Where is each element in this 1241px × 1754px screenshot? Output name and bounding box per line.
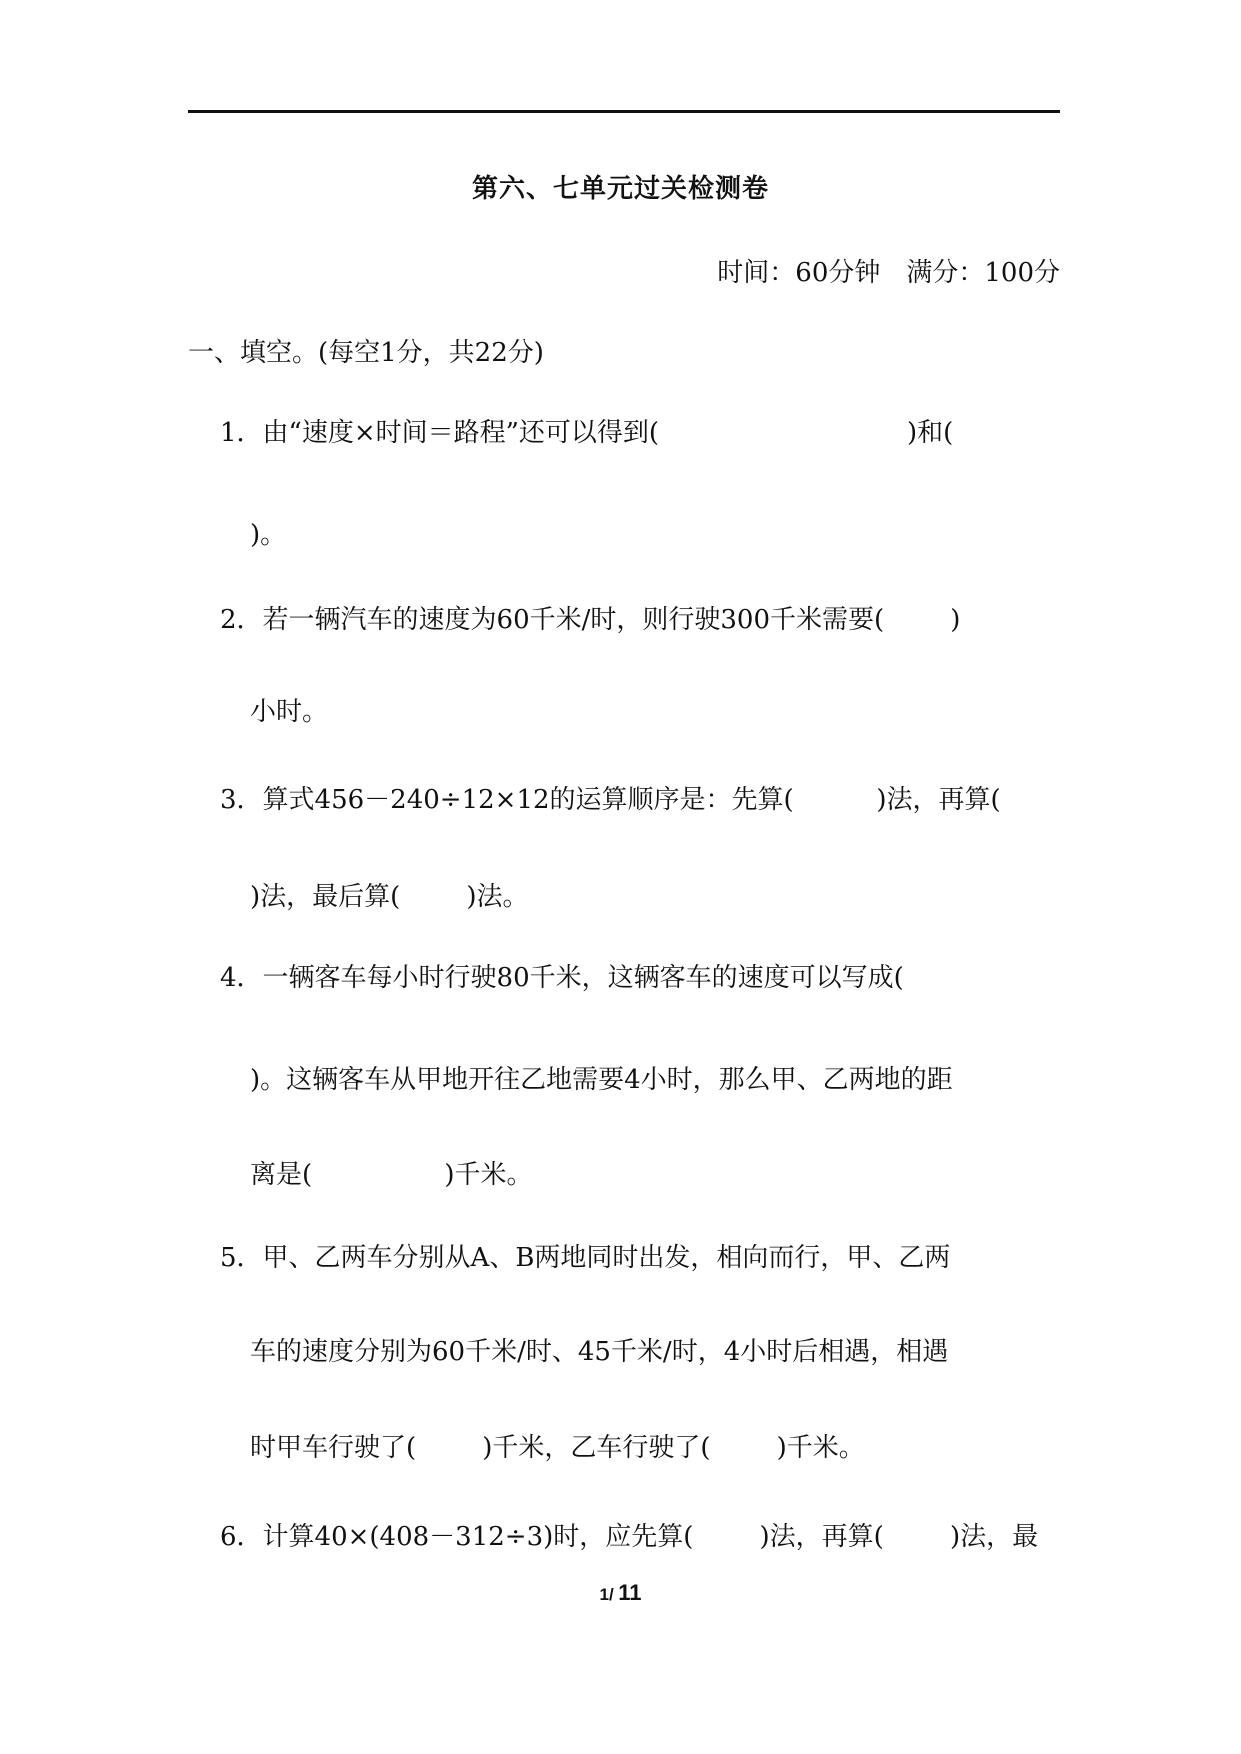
question-2-line-2: 小时。 xyxy=(250,696,328,728)
question-2-line-1: 2．若一辆汽车的速度为60千米/时，则行驶300千米需要( ) xyxy=(220,604,960,636)
question-1-line-2: )。 xyxy=(250,519,286,551)
question-5-line-3: 时甲车行驶了( )千米，乙车行驶了( )千米。 xyxy=(250,1432,865,1464)
question-3-line-1: 3．算式456－240÷12×12的运算顺序是：先算( )法，再算( xyxy=(220,784,1001,816)
section-heading: 一、填空。(每空1分，共22分) xyxy=(188,337,544,369)
page-title: 第六、七单元过关检测卷 xyxy=(0,168,1241,205)
question-4-line-3: 离是( )千米。 xyxy=(250,1159,533,1191)
page-number: 1/ 11 xyxy=(0,1580,1241,1606)
question-4-line-2: )。这辆客车从甲地开往乙地需要4小时，那么甲、乙两地的距 xyxy=(250,1064,953,1096)
question-3-line-2: )法，最后算( )法。 xyxy=(250,881,529,913)
question-5-line-1: 5．甲、乙两车分别从A、B两地同时出发，相向而行，甲、乙两 xyxy=(220,1242,950,1274)
header-rule xyxy=(188,110,1060,113)
page-current: 1/ xyxy=(600,1585,614,1604)
question-6-line-1: 6．计算40×(408－312÷3)时，应先算( )法，再算( )法，最 xyxy=(220,1521,1038,1553)
question-5-line-2: 车的速度分别为60千米/时、45千米/时，4小时后相遇，相遇 xyxy=(250,1336,948,1368)
page-total: 11 xyxy=(618,1580,641,1605)
question-4-line-1: 4．一辆客车每小时行驶80千米，这辆客车的速度可以写成( xyxy=(220,962,904,994)
exam-time-score: 时间：60分钟 满分：100分 xyxy=(717,252,1060,289)
question-1-line-1: 1．由“速度×时间＝路程”还可以得到( )和( xyxy=(220,417,953,449)
